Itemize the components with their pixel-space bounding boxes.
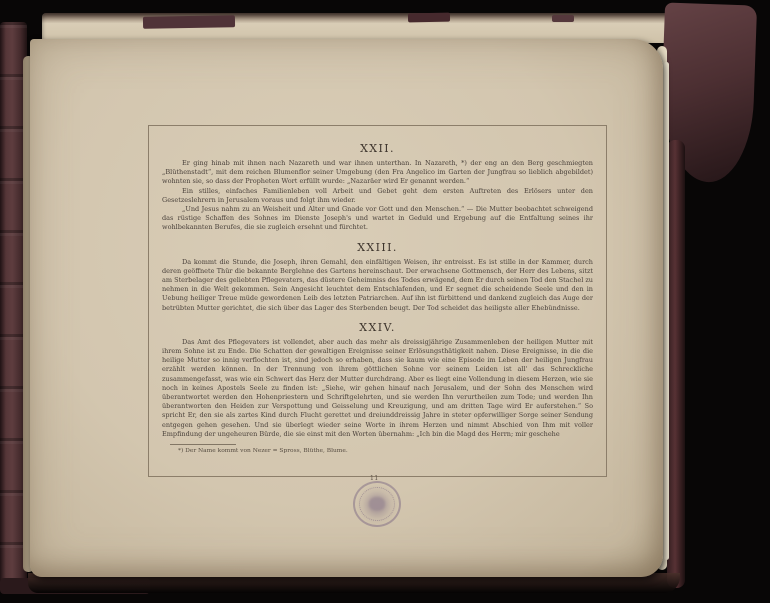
footnote-rule [170,444,236,445]
book-page: XXII. Er ging hinab mit ihnen nach Nazar… [30,39,663,577]
footnote: *) Der Name kommt von Nezer = Spross, Bl… [162,444,392,455]
paragraph: „Und Jesus nahm zu an Weisheit und Alter… [162,205,593,233]
book-scan-scene: XXII. Er ging hinab mit ihnen nach Nazar… [0,0,770,603]
page-fore-edge-highlight [664,62,669,560]
section-xxiv: XXIV. Das Amt des Pflegevaters ist volle… [162,322,593,439]
section-heading: XXII. [162,143,593,155]
paragraph: Das Amt des Pflegevaters ist vollendet, … [162,338,593,439]
body-text: XXII. Er ging hinab mit ihnen nach Nazar… [162,143,593,439]
cover-edge-patch [552,15,574,22]
section-heading: XXIV. [162,322,593,334]
paragraph: Da kommt die Stunde, die Joseph, ihren G… [162,258,593,313]
section-xxii: XXII. Er ging hinab mit ihnen nach Nazar… [162,143,593,233]
printed-border-frame: XXII. Er ging hinab mit ihnen nach Nazar… [148,125,607,477]
book-cover-right-edge [667,140,685,588]
section-xxiii: XXIII. Da kommt die Stunde, die Joseph, … [162,242,593,313]
paragraph: Ein stilles, einfaches Familienleben vol… [162,187,593,205]
page-text-area: XXII. Er ging hinab mit ihnen nach Nazar… [149,126,606,476]
section-heading: XXIII. [162,242,593,254]
cover-edge-patch [408,13,450,23]
cover-edge-patch [143,15,235,29]
library-stamp-icon [353,481,401,527]
paragraph: Er ging hinab mit ihnen nach Nazareth un… [162,159,593,187]
footnote-text: *) Der Name kommt von Nezer = Spross, Bl… [162,448,392,455]
